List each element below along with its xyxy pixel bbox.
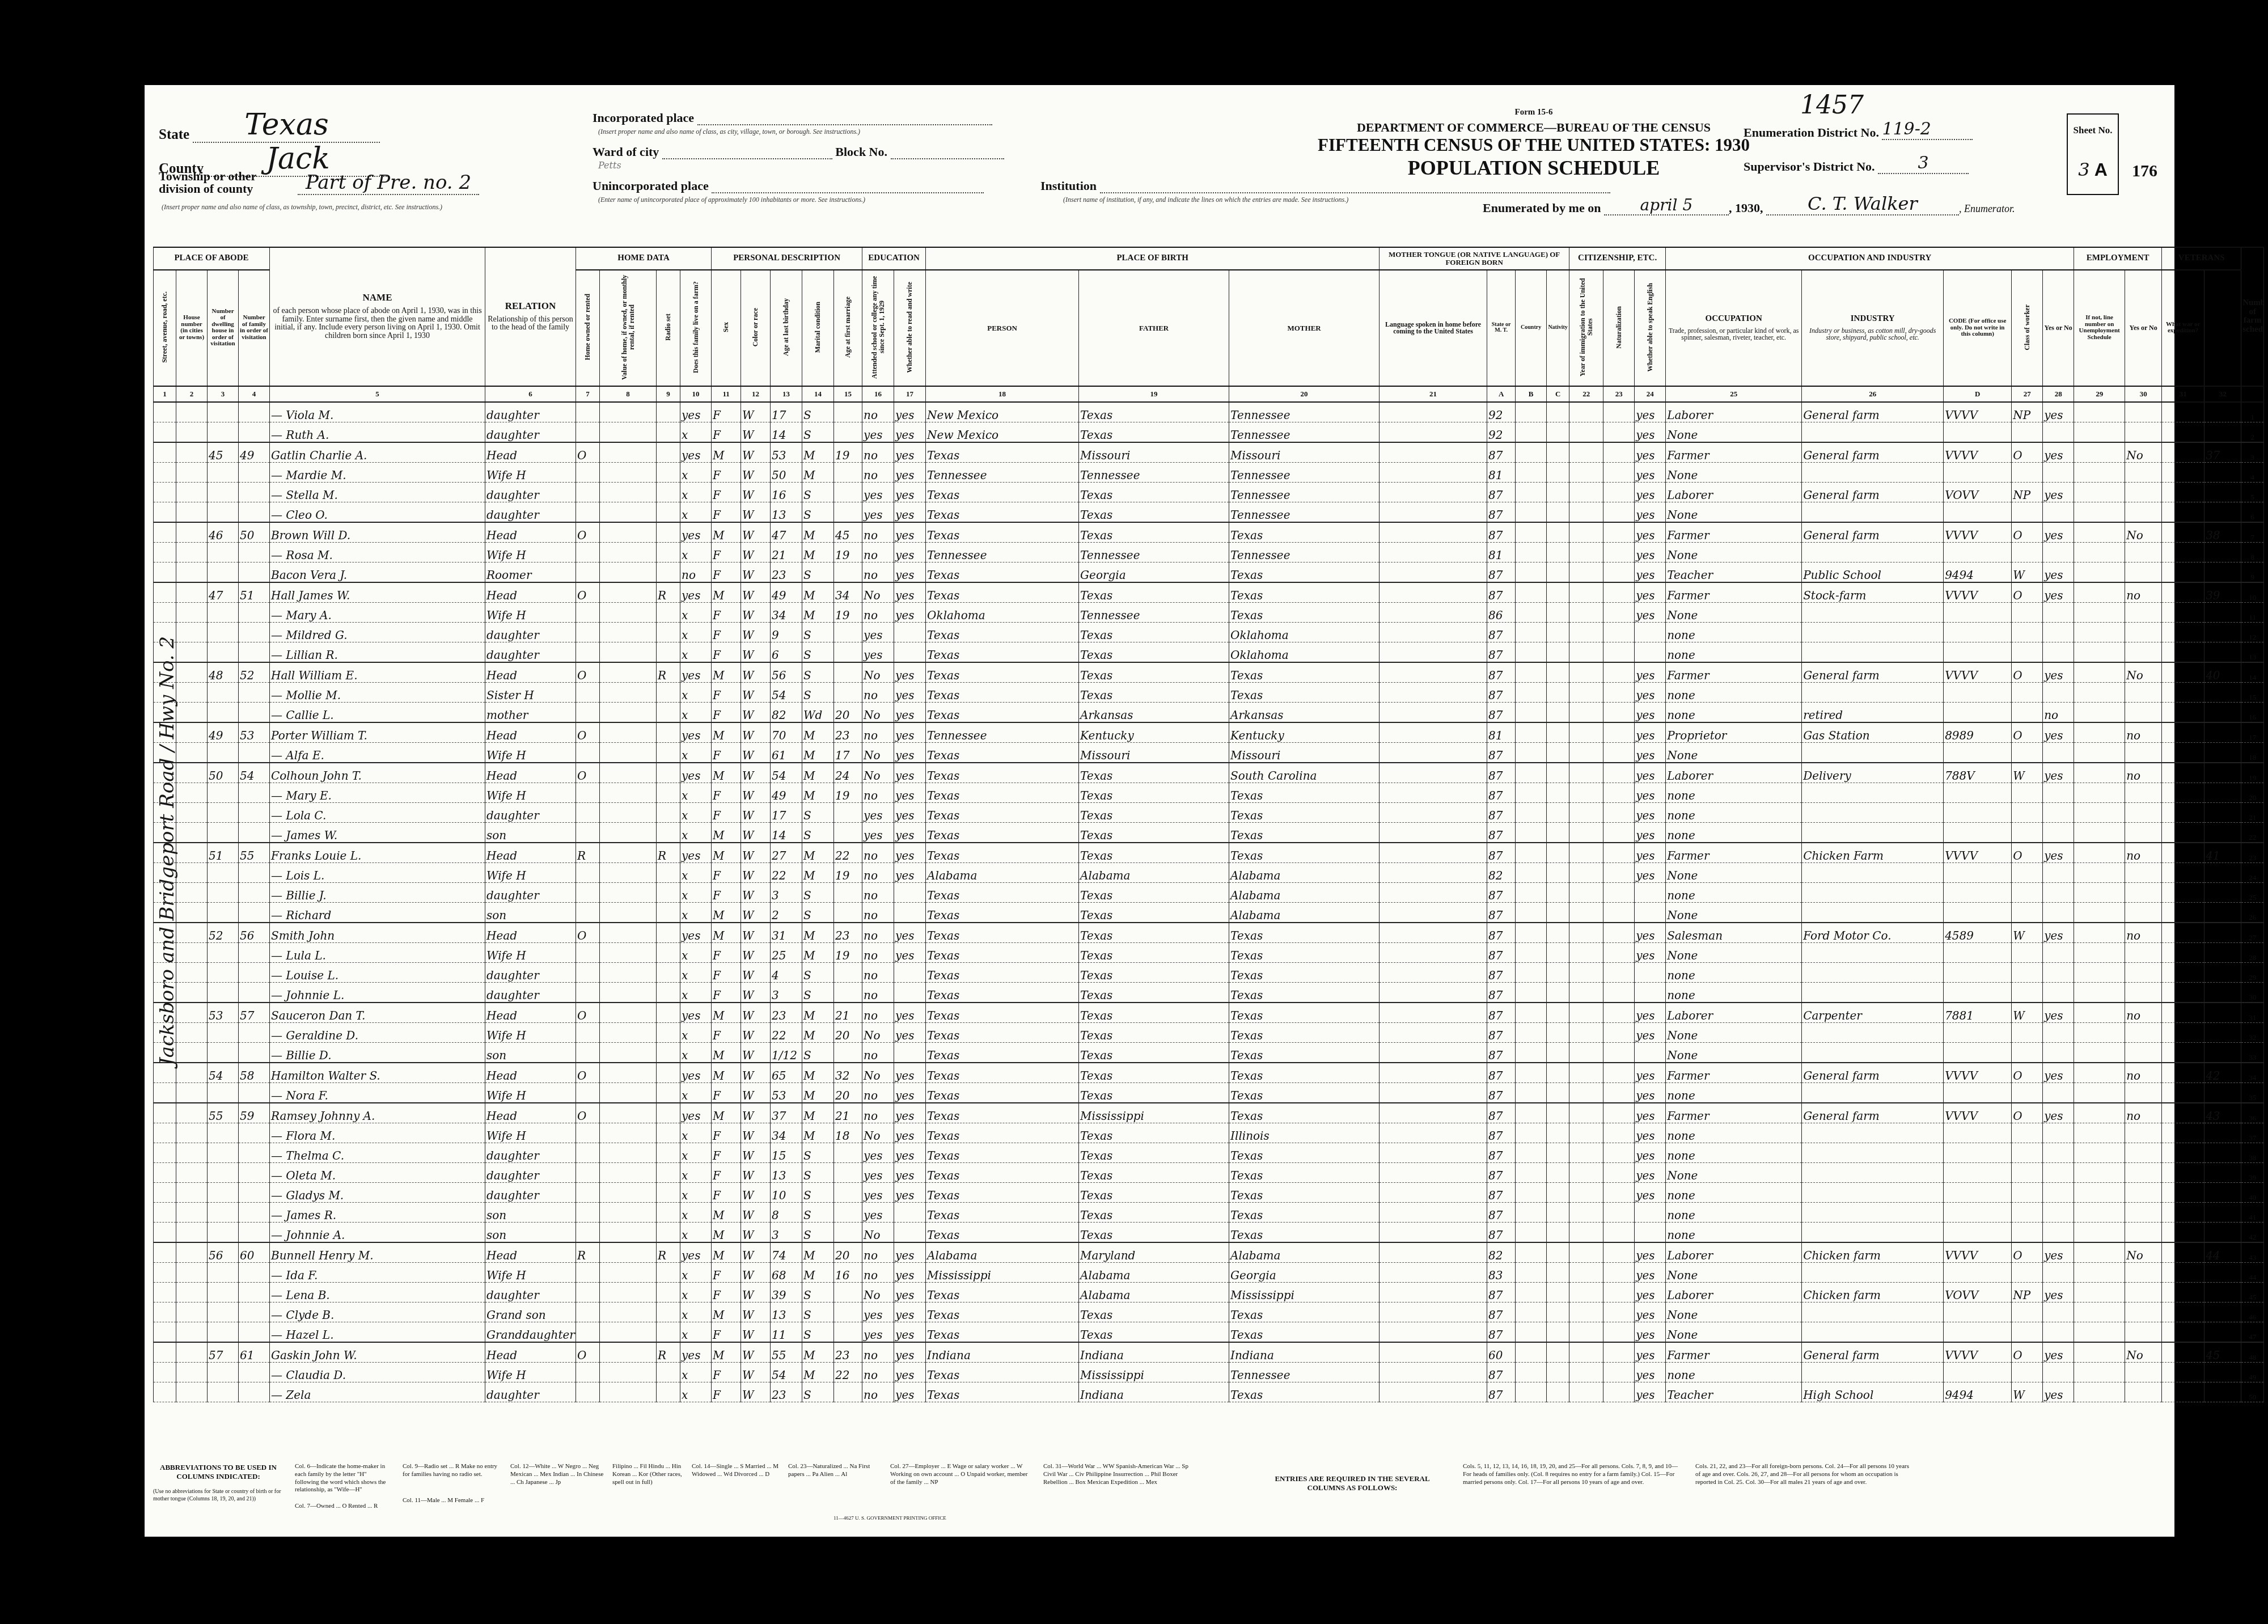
- class-worker-cell[interactable]: O: [2012, 722, 2043, 743]
- radio-cell[interactable]: [657, 1022, 680, 1042]
- house-number-cell[interactable]: [176, 882, 208, 902]
- dwelling-number-cell[interactable]: [208, 1202, 239, 1222]
- immigration-cell[interactable]: [1569, 1123, 1603, 1143]
- war-cell[interactable]: [2162, 1103, 2204, 1123]
- street-cell[interactable]: [154, 502, 176, 522]
- first-marriage-cell[interactable]: [834, 502, 862, 522]
- street-cell[interactable]: [154, 1382, 176, 1402]
- code-d-cell[interactable]: [1944, 882, 2012, 902]
- code-nativity-cell[interactable]: [1547, 1302, 1569, 1322]
- marital-cell[interactable]: M: [802, 1003, 834, 1023]
- age-cell[interactable]: 3: [771, 882, 802, 902]
- name-cell[interactable]: — Mildred G.: [270, 622, 485, 642]
- first-marriage-cell[interactable]: 20: [834, 1082, 862, 1103]
- code-state-cell[interactable]: 86: [1487, 602, 1516, 622]
- code-d-cell[interactable]: VVVV: [1944, 1103, 2012, 1123]
- radio-cell[interactable]: [657, 622, 680, 642]
- veteran-cell[interactable]: [2125, 422, 2162, 442]
- father-birthplace-cell[interactable]: Tennessee: [1079, 602, 1229, 622]
- relation-cell[interactable]: Wife H: [485, 602, 576, 622]
- street-cell[interactable]: [154, 1282, 176, 1302]
- relation-cell[interactable]: daughter: [485, 622, 576, 642]
- birthplace-cell[interactable]: Texas: [926, 622, 1079, 642]
- house-number-cell[interactable]: [176, 1143, 208, 1162]
- occupation-cell[interactable]: Farmer: [1666, 522, 1802, 543]
- industry-cell[interactable]: Chicken farm: [1802, 1242, 1944, 1263]
- farm-cell[interactable]: x: [680, 1042, 712, 1063]
- code-state-cell[interactable]: 92: [1487, 402, 1516, 422]
- mother-birthplace-cell[interactable]: Tennessee: [1229, 422, 1380, 442]
- family-number-cell[interactable]: [239, 462, 270, 482]
- class-worker-cell[interactable]: [2012, 642, 2043, 662]
- read-write-cell[interactable]: yes: [894, 1382, 926, 1402]
- school-cell[interactable]: no: [862, 862, 894, 882]
- speak-english-cell[interactable]: yes: [1635, 742, 1666, 763]
- code-country-cell[interactable]: [1516, 862, 1547, 882]
- dwelling-number-cell[interactable]: [208, 962, 239, 982]
- class-worker-cell[interactable]: [2012, 1143, 2043, 1162]
- race-cell[interactable]: W: [741, 1143, 771, 1162]
- veteran-cell[interactable]: [2125, 502, 2162, 522]
- code-state-cell[interactable]: 87: [1487, 642, 1516, 662]
- father-birthplace-cell[interactable]: Tennessee: [1079, 542, 1229, 562]
- farm-cell[interactable]: yes: [680, 402, 712, 422]
- family-number-cell[interactable]: 52: [239, 662, 270, 683]
- age-cell[interactable]: 22: [771, 1022, 802, 1042]
- radio-cell[interactable]: [657, 442, 680, 463]
- race-cell[interactable]: W: [741, 662, 771, 683]
- unemployment-line-cell[interactable]: [2074, 1242, 2125, 1263]
- house-number-cell[interactable]: [176, 942, 208, 962]
- farm-schedule-cell[interactable]: [2204, 1042, 2241, 1063]
- immigration-cell[interactable]: [1569, 462, 1603, 482]
- at-work-cell[interactable]: [2043, 942, 2074, 962]
- race-cell[interactable]: W: [741, 582, 771, 603]
- marital-cell[interactable]: S: [802, 882, 834, 902]
- mother-birthplace-cell[interactable]: Tennessee: [1229, 542, 1380, 562]
- at-work-cell[interactable]: yes: [2043, 843, 2074, 863]
- sex-cell[interactable]: F: [712, 642, 741, 662]
- code-d-cell[interactable]: VVVV: [1944, 1342, 2012, 1363]
- mother-birthplace-cell[interactable]: Texas: [1229, 682, 1380, 702]
- code-nativity-cell[interactable]: [1547, 582, 1569, 603]
- family-number-cell[interactable]: [239, 402, 270, 422]
- war-cell[interactable]: [2162, 662, 2204, 683]
- relation-cell[interactable]: Grand son: [485, 1302, 576, 1322]
- naturalization-cell[interactable]: [1603, 1242, 1635, 1263]
- immigration-cell[interactable]: [1569, 942, 1603, 962]
- first-marriage-cell[interactable]: [834, 642, 862, 662]
- at-work-cell[interactable]: [2043, 1022, 2074, 1042]
- marital-cell[interactable]: S: [802, 1302, 834, 1322]
- unemployment-line-cell[interactable]: [2074, 882, 2125, 902]
- farm-schedule-cell[interactable]: [2204, 1362, 2241, 1382]
- street-cell[interactable]: [154, 1042, 176, 1063]
- sex-cell[interactable]: F: [712, 982, 741, 1003]
- at-work-cell[interactable]: yes: [2043, 763, 2074, 783]
- farm-schedule-cell[interactable]: [2204, 1282, 2241, 1302]
- relation-cell[interactable]: Roomer: [485, 562, 576, 582]
- first-marriage-cell[interactable]: [834, 802, 862, 822]
- veteran-cell[interactable]: [2125, 562, 2162, 582]
- race-cell[interactable]: W: [741, 982, 771, 1003]
- age-cell[interactable]: 65: [771, 1063, 802, 1083]
- age-cell[interactable]: 23: [771, 1382, 802, 1402]
- radio-cell[interactable]: R: [657, 1342, 680, 1363]
- code-country-cell[interactable]: [1516, 482, 1547, 502]
- naturalization-cell[interactable]: [1603, 1222, 1635, 1242]
- radio-cell[interactable]: [657, 502, 680, 522]
- name-cell[interactable]: — Mary A.: [270, 602, 485, 622]
- marital-cell[interactable]: S: [802, 482, 834, 502]
- dwelling-number-cell[interactable]: [208, 1042, 239, 1063]
- immigration-cell[interactable]: [1569, 622, 1603, 642]
- immigration-cell[interactable]: [1569, 562, 1603, 582]
- school-cell[interactable]: no: [862, 402, 894, 422]
- read-write-cell[interactable]: [894, 982, 926, 1003]
- industry-cell[interactable]: Carpenter: [1802, 1003, 1944, 1023]
- dwelling-number-cell[interactable]: [208, 1022, 239, 1042]
- marital-cell[interactable]: S: [802, 1222, 834, 1242]
- code-d-cell[interactable]: VVVV: [1944, 662, 2012, 683]
- code-state-cell[interactable]: 87: [1487, 1202, 1516, 1222]
- street-cell[interactable]: [154, 422, 176, 442]
- language-cell[interactable]: [1380, 1082, 1487, 1103]
- read-write-cell[interactable]: yes: [894, 662, 926, 683]
- relation-cell[interactable]: daughter: [485, 482, 576, 502]
- name-cell[interactable]: — Mollie M.: [270, 682, 485, 702]
- read-write-cell[interactable]: yes: [894, 742, 926, 763]
- home-owned-cell[interactable]: R: [576, 1242, 600, 1263]
- race-cell[interactable]: W: [741, 1003, 771, 1023]
- home-value-cell[interactable]: [600, 942, 657, 962]
- farm-schedule-cell[interactable]: [2204, 1322, 2241, 1342]
- radio-cell[interactable]: [657, 682, 680, 702]
- home-owned-cell[interactable]: [576, 1262, 600, 1282]
- birthplace-cell[interactable]: Texas: [926, 1322, 1079, 1342]
- home-value-cell[interactable]: [600, 1342, 657, 1363]
- farm-cell[interactable]: x: [680, 1182, 712, 1202]
- marital-cell[interactable]: M: [802, 1242, 834, 1263]
- home-owned-cell[interactable]: O: [576, 722, 600, 743]
- dwelling-number-cell[interactable]: [208, 422, 239, 442]
- dwelling-number-cell[interactable]: [208, 1182, 239, 1202]
- mother-birthplace-cell[interactable]: Texas: [1229, 1063, 1380, 1083]
- language-cell[interactable]: [1380, 1103, 1487, 1123]
- family-number-cell[interactable]: [239, 1123, 270, 1143]
- code-nativity-cell[interactable]: [1547, 1362, 1569, 1382]
- marital-cell[interactable]: S: [802, 642, 834, 662]
- naturalization-cell[interactable]: [1603, 1282, 1635, 1302]
- mother-birthplace-cell[interactable]: Texas: [1229, 1103, 1380, 1123]
- industry-cell[interactable]: [1802, 1222, 1944, 1242]
- family-number-cell[interactable]: [239, 502, 270, 522]
- dwelling-number-cell[interactable]: [208, 1302, 239, 1322]
- naturalization-cell[interactable]: [1603, 1082, 1635, 1103]
- name-cell[interactable]: — Billie J.: [270, 882, 485, 902]
- code-nativity-cell[interactable]: [1547, 702, 1569, 722]
- naturalization-cell[interactable]: [1603, 1063, 1635, 1083]
- house-number-cell[interactable]: [176, 1382, 208, 1402]
- occupation-cell[interactable]: Salesman: [1666, 923, 1802, 943]
- speak-english-cell[interactable]: yes: [1635, 843, 1666, 863]
- war-cell[interactable]: [2162, 1262, 2204, 1282]
- name-cell[interactable]: — Billie D.: [270, 1042, 485, 1063]
- read-write-cell[interactable]: yes: [894, 783, 926, 802]
- occupation-cell[interactable]: None: [1666, 1262, 1802, 1282]
- veteran-cell[interactable]: [2125, 1282, 2162, 1302]
- sex-cell[interactable]: M: [712, 1003, 741, 1023]
- veteran-cell[interactable]: [2125, 962, 2162, 982]
- ward-value[interactable]: [662, 158, 832, 159]
- at-work-cell[interactable]: [2043, 783, 2074, 802]
- language-cell[interactable]: [1380, 862, 1487, 882]
- school-cell[interactable]: no: [862, 542, 894, 562]
- farm-schedule-cell[interactable]: [2204, 962, 2241, 982]
- code-country-cell[interactable]: [1516, 662, 1547, 683]
- mother-birthplace-cell[interactable]: Missouri: [1229, 442, 1380, 463]
- code-nativity-cell[interactable]: [1547, 962, 1569, 982]
- code-country-cell[interactable]: [1516, 1382, 1547, 1402]
- dwelling-number-cell[interactable]: [208, 982, 239, 1003]
- relation-cell[interactable]: daughter: [485, 962, 576, 982]
- sex-cell[interactable]: F: [712, 962, 741, 982]
- war-cell[interactable]: [2162, 402, 2204, 422]
- mother-birthplace-cell[interactable]: Oklahoma: [1229, 642, 1380, 662]
- age-cell[interactable]: 31: [771, 923, 802, 943]
- code-state-cell[interactable]: 87: [1487, 1282, 1516, 1302]
- industry-cell[interactable]: [1802, 982, 1944, 1003]
- father-birthplace-cell[interactable]: Alabama: [1079, 1262, 1229, 1282]
- farm-schedule-cell[interactable]: [2204, 682, 2241, 702]
- street-cell[interactable]: [154, 1262, 176, 1282]
- war-cell[interactable]: [2162, 862, 2204, 882]
- school-cell[interactable]: no: [862, 562, 894, 582]
- sex-cell[interactable]: F: [712, 1382, 741, 1402]
- relation-cell[interactable]: Head: [485, 763, 576, 783]
- birthplace-cell[interactable]: Alabama: [926, 1242, 1079, 1263]
- war-cell[interactable]: [2162, 1082, 2204, 1103]
- race-cell[interactable]: W: [741, 1182, 771, 1202]
- birthplace-cell[interactable]: Texas: [926, 763, 1079, 783]
- speak-english-cell[interactable]: yes: [1635, 562, 1666, 582]
- naturalization-cell[interactable]: [1603, 642, 1635, 662]
- industry-cell[interactable]: [1802, 502, 1944, 522]
- language-cell[interactable]: [1380, 722, 1487, 743]
- name-cell[interactable]: Gatlin Charlie A.: [270, 442, 485, 463]
- father-birthplace-cell[interactable]: Texas: [1079, 1082, 1229, 1103]
- family-number-cell[interactable]: 56: [239, 923, 270, 943]
- code-state-cell[interactable]: 87: [1487, 783, 1516, 802]
- class-worker-cell[interactable]: O: [2012, 662, 2043, 683]
- radio-cell[interactable]: [657, 562, 680, 582]
- war-cell[interactable]: [2162, 843, 2204, 863]
- home-owned-cell[interactable]: [576, 1022, 600, 1042]
- speak-english-cell[interactable]: yes: [1635, 783, 1666, 802]
- immigration-cell[interactable]: [1569, 1063, 1603, 1083]
- house-number-cell[interactable]: [176, 1202, 208, 1222]
- name-cell[interactable]: — Lois L.: [270, 862, 485, 882]
- marital-cell[interactable]: M: [802, 1063, 834, 1083]
- birthplace-cell[interactable]: Texas: [926, 942, 1079, 962]
- family-number-cell[interactable]: [239, 1262, 270, 1282]
- industry-cell[interactable]: Public School: [1802, 562, 1944, 582]
- war-cell[interactable]: [2162, 562, 2204, 582]
- read-write-cell[interactable]: yes: [894, 1362, 926, 1382]
- naturalization-cell[interactable]: [1603, 542, 1635, 562]
- occupation-cell[interactable]: none: [1666, 1123, 1802, 1143]
- farm-schedule-cell[interactable]: [2204, 502, 2241, 522]
- at-work-cell[interactable]: no: [2043, 702, 2074, 722]
- industry-cell[interactable]: [1802, 1082, 1944, 1103]
- father-birthplace-cell[interactable]: Missouri: [1079, 742, 1229, 763]
- code-nativity-cell[interactable]: [1547, 742, 1569, 763]
- radio-cell[interactable]: [657, 1382, 680, 1402]
- immigration-cell[interactable]: [1569, 843, 1603, 863]
- class-worker-cell[interactable]: [2012, 982, 2043, 1003]
- farm-cell[interactable]: x: [680, 1022, 712, 1042]
- sex-cell[interactable]: F: [712, 1262, 741, 1282]
- street-cell[interactable]: [154, 982, 176, 1003]
- age-cell[interactable]: 39: [771, 1282, 802, 1302]
- speak-english-cell[interactable]: yes: [1635, 1103, 1666, 1123]
- home-value-cell[interactable]: [600, 602, 657, 622]
- occupation-cell[interactable]: none: [1666, 982, 1802, 1003]
- read-write-cell[interactable]: yes: [894, 482, 926, 502]
- unemployment-line-cell[interactable]: [2074, 1063, 2125, 1083]
- farm-cell[interactable]: x: [680, 1262, 712, 1282]
- relation-cell[interactable]: daughter: [485, 802, 576, 822]
- name-cell[interactable]: Hall James W.: [270, 582, 485, 603]
- sex-cell[interactable]: F: [712, 1182, 741, 1202]
- at-work-cell[interactable]: [2043, 682, 2074, 702]
- name-cell[interactable]: — Thelma C.: [270, 1143, 485, 1162]
- school-cell[interactable]: no: [862, 882, 894, 902]
- radio-cell[interactable]: [657, 482, 680, 502]
- class-worker-cell[interactable]: [2012, 902, 2043, 923]
- speak-english-cell[interactable]: yes: [1635, 1182, 1666, 1202]
- father-birthplace-cell[interactable]: Texas: [1079, 1022, 1229, 1042]
- first-marriage-cell[interactable]: [834, 1222, 862, 1242]
- code-country-cell[interactable]: [1516, 1202, 1547, 1222]
- immigration-cell[interactable]: [1569, 482, 1603, 502]
- age-cell[interactable]: 27: [771, 843, 802, 863]
- street-cell[interactable]: [154, 1103, 176, 1123]
- unemployment-line-cell[interactable]: [2074, 802, 2125, 822]
- language-cell[interactable]: [1380, 642, 1487, 662]
- farm-cell[interactable]: x: [680, 802, 712, 822]
- radio-cell[interactable]: [657, 1103, 680, 1123]
- war-cell[interactable]: [2162, 742, 2204, 763]
- home-value-cell[interactable]: [600, 1262, 657, 1282]
- speak-english-cell[interactable]: yes: [1635, 582, 1666, 603]
- veteran-cell[interactable]: [2125, 783, 2162, 802]
- relation-cell[interactable]: mother: [485, 702, 576, 722]
- street-cell[interactable]: [154, 442, 176, 463]
- radio-cell[interactable]: [657, 1003, 680, 1023]
- language-cell[interactable]: [1380, 1322, 1487, 1342]
- read-write-cell[interactable]: yes: [894, 602, 926, 622]
- name-cell[interactable]: Hamilton Walter S.: [270, 1063, 485, 1083]
- family-number-cell[interactable]: [239, 742, 270, 763]
- code-state-cell[interactable]: 87: [1487, 1082, 1516, 1103]
- naturalization-cell[interactable]: [1603, 862, 1635, 882]
- speak-english-cell[interactable]: yes: [1635, 1242, 1666, 1263]
- farm-schedule-cell[interactable]: [2204, 783, 2241, 802]
- speak-english-cell[interactable]: yes: [1635, 1342, 1666, 1363]
- home-value-cell[interactable]: [600, 402, 657, 422]
- unemployment-line-cell[interactable]: [2074, 923, 2125, 943]
- race-cell[interactable]: W: [741, 442, 771, 463]
- code-d-cell[interactable]: [1944, 1143, 2012, 1162]
- farm-schedule-cell[interactable]: [2204, 763, 2241, 783]
- race-cell[interactable]: W: [741, 722, 771, 743]
- unemployment-line-cell[interactable]: [2074, 622, 2125, 642]
- street-cell[interactable]: [154, 1022, 176, 1042]
- age-cell[interactable]: 13: [771, 1302, 802, 1322]
- first-marriage-cell[interactable]: 19: [834, 783, 862, 802]
- veteran-cell[interactable]: [2125, 1022, 2162, 1042]
- marital-cell[interactable]: M: [802, 783, 834, 802]
- name-cell[interactable]: Hall William E.: [270, 662, 485, 683]
- read-write-cell[interactable]: yes: [894, 1162, 926, 1182]
- war-cell[interactable]: [2162, 923, 2204, 943]
- language-cell[interactable]: [1380, 1202, 1487, 1222]
- race-cell[interactable]: W: [741, 402, 771, 422]
- code-d-cell[interactable]: [1944, 962, 2012, 982]
- class-worker-cell[interactable]: [2012, 1322, 2043, 1342]
- mother-birthplace-cell[interactable]: Texas: [1229, 1322, 1380, 1342]
- school-cell[interactable]: yes: [862, 802, 894, 822]
- naturalization-cell[interactable]: [1603, 422, 1635, 442]
- immigration-cell[interactable]: [1569, 1202, 1603, 1222]
- immigration-cell[interactable]: [1569, 1042, 1603, 1063]
- farm-schedule-cell[interactable]: [2204, 1022, 2241, 1042]
- name-cell[interactable]: — Flora M.: [270, 1123, 485, 1143]
- mother-birthplace-cell[interactable]: Alabama: [1229, 862, 1380, 882]
- farm-cell[interactable]: x: [680, 742, 712, 763]
- class-worker-cell[interactable]: [2012, 1123, 2043, 1143]
- war-cell[interactable]: [2162, 802, 2204, 822]
- immigration-cell[interactable]: [1569, 502, 1603, 522]
- home-owned-cell[interactable]: O: [576, 1342, 600, 1363]
- war-cell[interactable]: [2162, 822, 2204, 843]
- class-worker-cell[interactable]: [2012, 1182, 2043, 1202]
- read-write-cell[interactable]: yes: [894, 923, 926, 943]
- code-state-cell[interactable]: 87: [1487, 482, 1516, 502]
- sex-cell[interactable]: M: [712, 923, 741, 943]
- relation-cell[interactable]: Head: [485, 1103, 576, 1123]
- veteran-cell[interactable]: [2125, 902, 2162, 923]
- marital-cell[interactable]: S: [802, 1182, 834, 1202]
- street-cell[interactable]: [154, 462, 176, 482]
- code-state-cell[interactable]: 81: [1487, 462, 1516, 482]
- marital-cell[interactable]: S: [802, 1382, 834, 1402]
- speak-english-cell[interactable]: yes: [1635, 662, 1666, 683]
- code-d-cell[interactable]: [1944, 802, 2012, 822]
- code-nativity-cell[interactable]: [1547, 1123, 1569, 1143]
- language-cell[interactable]: [1380, 802, 1487, 822]
- immigration-cell[interactable]: [1569, 923, 1603, 943]
- dwelling-number-cell[interactable]: [208, 862, 239, 882]
- dwelling-number-cell[interactable]: [208, 482, 239, 502]
- marital-cell[interactable]: M: [802, 582, 834, 603]
- code-state-cell[interactable]: 87: [1487, 1162, 1516, 1182]
- first-marriage-cell[interactable]: [834, 822, 862, 843]
- naturalization-cell[interactable]: [1603, 982, 1635, 1003]
- name-cell[interactable]: — Stella M.: [270, 482, 485, 502]
- read-write-cell[interactable]: yes: [894, 1242, 926, 1263]
